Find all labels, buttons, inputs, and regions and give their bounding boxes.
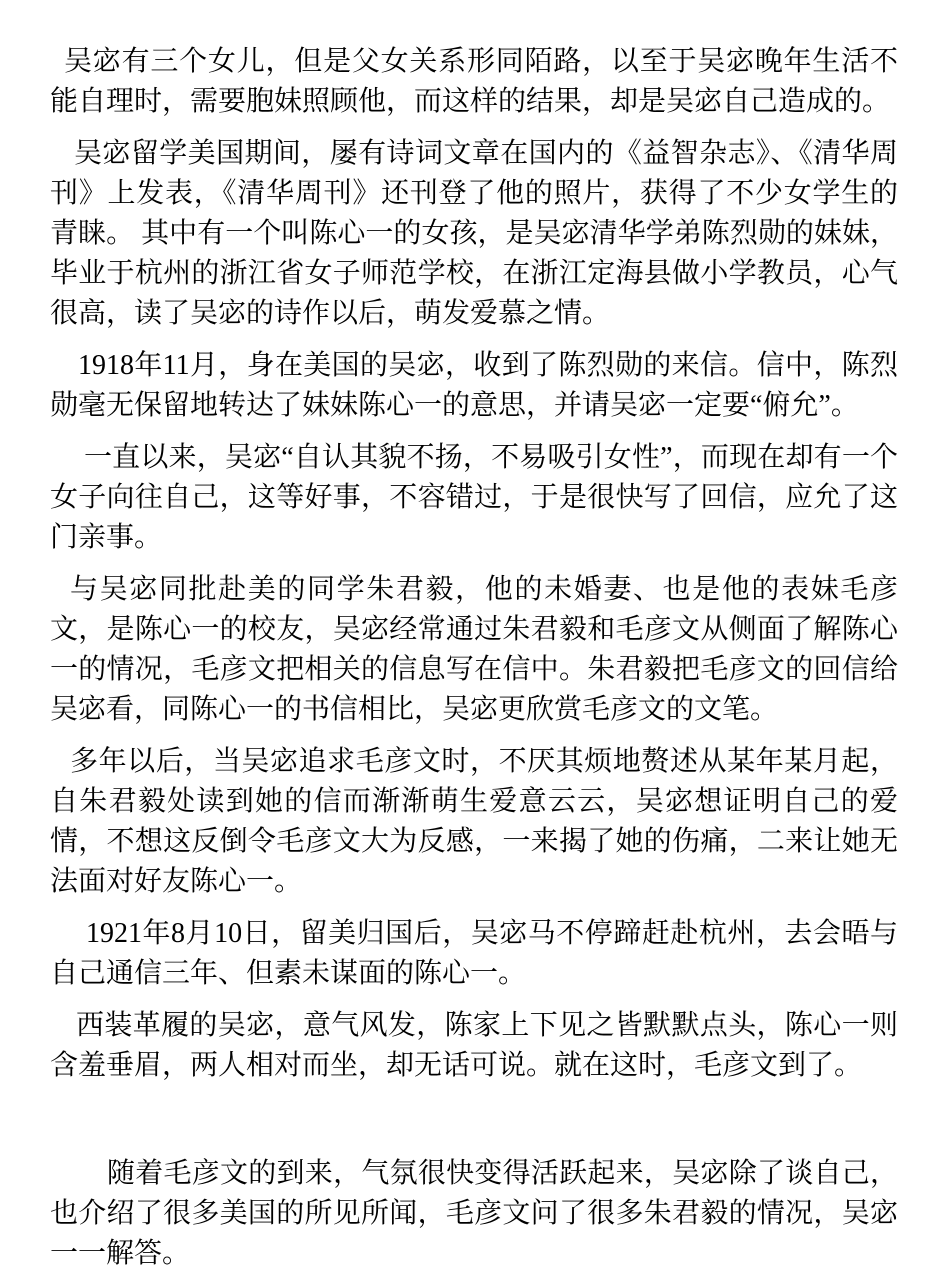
document-screenshot: { "page": { "background": "#ffffff", "te… <box>0 0 943 1280</box>
paragraph-4: 一直以来，吴宓“自认其貌不扬，不易吸引女性”，而现在却有一个女子向往自己，这等好… <box>50 438 898 558</box>
paragraph-6: 多年以后，当吴宓追求毛彦文时，不厌其烦地赘述从某年某月起，自朱君毅处读到她的信而… <box>50 742 898 902</box>
paragraph-8: 西装革履的吴宓，意气风发，陈家上下见之皆默默点头，陈心一则含羞垂眉，两人相对而坐… <box>50 1006 898 1086</box>
paragraph-3: 1918年11月，身在美国的吴宓，收到了陈烈勋的来信。信中，陈烈勋毫无保留地转达… <box>50 346 898 426</box>
paragraph-2: 吴宓留学美国期间，屡有诗词文章在国内的《益智杂志》、《清华周刊》上发表，《清华周… <box>50 134 898 334</box>
paragraph-5: 与吴宓同批赴美的同学朱君毅，他的未婚妻、也是他的表妹毛彦文，是陈心一的校友，吴宓… <box>50 570 898 730</box>
paragraph-7: 1921年8月10日，留美归国后，吴宓马不停蹄赶赴杭州，去会晤与自己通信三年、但… <box>50 914 898 994</box>
document-page: 吴宓有三个女儿，但是父女关系形同陌路，以至于吴宓晚年生活不能自理时，需要胞妹照顾… <box>0 0 943 1280</box>
paragraph-1: 吴宓有三个女儿，但是父女关系形同陌路，以至于吴宓晚年生活不能自理时，需要胞妹照顾… <box>50 42 898 122</box>
paragraph-9: 随着毛彦文的到来，气氛很快变得活跃起来，吴宓除了谈自己，也介绍了很多美国的所见所… <box>50 1154 898 1274</box>
